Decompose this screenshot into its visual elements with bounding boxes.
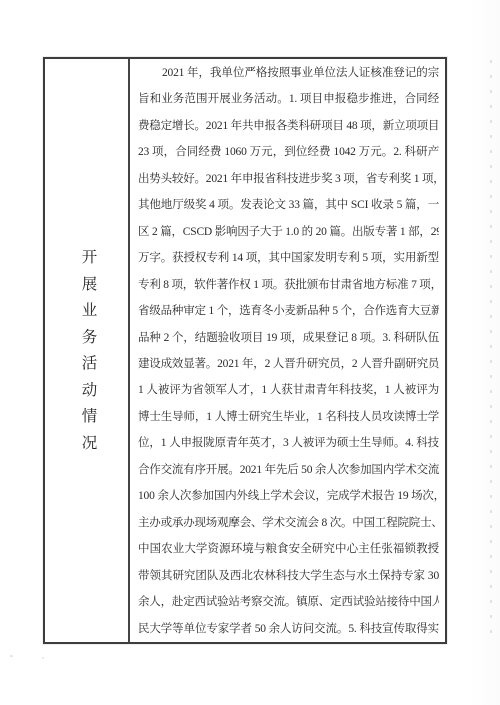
report-text-line: 万字。获授权专利 14 项，其中国家发明专利 5 项，实用新型 [138, 245, 439, 271]
report-text-line: 品种 2 个，结题验收项目 19 项，成果登记 8 项。3. 科研队伍 [138, 325, 439, 351]
report-text-line: 其他地厅级奖 4 项。发表论文 33 篇，其中 SCI 收录 5 篇，一 [138, 192, 439, 218]
report-text-line: 民大学等单位专家学者 50 余人访问交流。5. 科技宣传取得实 [138, 616, 439, 642]
report-text-line: 位，1 人申报陇原青年英才，3 人被评为硕士生导师。4. 科技 [138, 430, 439, 456]
report-text-line: 2021 年，我单位严格按照事业单位法人证核准登记的宗 [138, 60, 439, 86]
row-label-char: 务 [82, 330, 98, 346]
activity-report-cell: 2021 年，我单位严格按照事业单位法人证核准登记的宗 旨和业务范围开展业务活动… [130, 59, 445, 642]
row-label-char: 情 [82, 409, 98, 425]
row-label-cell: 开 展 业 务 活 动 情 况 [45, 59, 130, 642]
row-label-char: 开 [82, 250, 98, 266]
report-text-line: 建设成效显著。2021 年，2 人晋升研究员，2 人晋升副研究员； [138, 351, 439, 377]
report-text-line: 中国农业大学资源环境与粮食安全研究中心主任张福锁教授 [138, 536, 439, 562]
scan-artifact-dotted-line [490, 60, 492, 640]
row-label-char: 业 [82, 303, 98, 319]
report-text-line: 费稳定增长。2021 年共申报各类科研项目 48 项，新立项项目 [138, 113, 439, 139]
report-text-line: 旨和业务范围开展业务活动。1. 项目申报稳步推进，合同经 [138, 86, 439, 112]
report-text-line: 1 人被评为省领军人才，1 人获甘肃青年科技奖，1 人被评为 [138, 377, 439, 403]
row-label-char: 活 [82, 356, 98, 372]
scanned-document-page: 开 展 业 务 活 动 情 况 2021 年，我单位严格按照事业单位法人证核准登… [0, 0, 500, 705]
report-text-line: 合作交流有序开展。2021 年先后 50 余人次参加国内学术交流， [138, 457, 439, 483]
row-label-char: 动 [82, 383, 98, 399]
report-text-line: 100 余人次参加国内外线上学术会议，完成学术报告 19 场次， [138, 483, 439, 509]
row-label-char: 展 [82, 277, 98, 293]
report-text-line: 省级品种审定 1 个，选育冬小麦新品种 5 个，合作选育大豆新 [138, 298, 439, 324]
report-text-line: 带领其研究团队及西北农林科技大学生态与水土保持专家 30 [138, 563, 439, 589]
scan-speck [10, 655, 13, 657]
report-text-line: 专利 8 项，软件著作权 1 项。获批颁布甘肃省地方标准 7 项， [138, 272, 439, 298]
report-text-line: 余人，赴定西试验站考察交流。镇原、定西试验站接待中国人 [138, 589, 439, 615]
row-label-char: 况 [82, 436, 98, 452]
report-text-line: 23 项，合同经费 1060 万元，到位经费 1042 万元。2. 科研产 [138, 139, 439, 165]
report-text-line: 区 2 篇，CSCD 影响因子大于 1.0 的 20 篇。出版专著 1 部，29 [138, 219, 439, 245]
report-text-line: 博士生导师，1 人博士研究生毕业，1 名科技人员攻读博士学 [138, 404, 439, 430]
scan-speck [42, 657, 44, 659]
report-text-line: 出势头较好。2021 年申报省科技进步奖 3 项，省专利奖 1 项， [138, 166, 439, 192]
report-text-line: 主办或承办现场观摩会、学术交流会 8 次。中国工程院院士、 [138, 510, 439, 536]
business-activity-form-table: 开 展 业 务 活 动 情 况 2021 年，我单位严格按照事业单位法人证核准登… [43, 57, 447, 644]
